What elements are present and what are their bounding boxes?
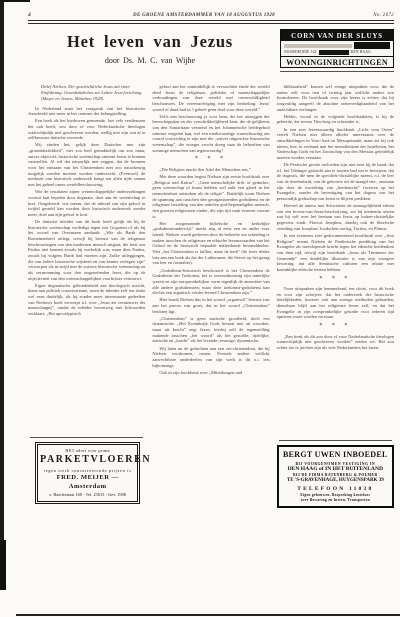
text-column-1: Ditlef Nielsen. Der geschichtliche Jesus… — [28, 84, 145, 508]
text-column-2: geloof aan het onmiddellijk te verwachte… — [152, 84, 269, 508]
paragraph: geloof aan het onmiddellijk te verwachte… — [152, 84, 269, 112]
scan-edge-top — [0, 0, 30, 2]
ad-parket-contact: v. Baerlestraat 160 - Tel. 25615 - Gev. … — [40, 492, 135, 498]
ad-parket-headline: PARKETVLOEREN — [40, 454, 135, 467]
scan-edge-bottom — [16, 614, 400, 617]
paragraph: Wij vinden het, gelijk deze Duitscher me… — [28, 142, 145, 187]
page-header: 4 DE GROENE AMSTERDAMMER VAN 18 AUGUSTUS… — [28, 12, 394, 18]
section-separator: * * * — [277, 276, 394, 284]
text-column-3: blikbaarheid” komen wel eenige uitsprake… — [277, 84, 394, 508]
paragraph: Twee uitspraken zijn kenmerkend, ten slo… — [277, 286, 394, 320]
ad-parket-line: tegen sterk concurreerende prijzen is — [40, 468, 135, 473]
illegible-text-bar — [284, 44, 352, 48]
paragraph: Zelfs een beschouwing ja voor hem, die h… — [152, 114, 269, 154]
article-title: Het leven van Jezus — [28, 32, 272, 52]
paragraph: De duitsche inleider van dit boek heeft … — [28, 219, 145, 281]
paragraph: In een eveneens zeer gedocumenteerd hoof… — [277, 233, 394, 273]
article-title-block: Het leven van Jezus door Ds. M. C. van W… — [28, 29, 272, 77]
paragraph: „Christendom” is geen statische groothei… — [152, 316, 269, 344]
ad-bergt-address: TE 'S-GRAVENHAGE, HUYGENSPARK 39 — [281, 478, 390, 484]
section-separator: * * * — [277, 323, 394, 331]
ad-parket-line: HET adres voor prima — [40, 448, 135, 453]
paragraph: Ook in zijn hoofdstuk over „Mitteilungen… — [152, 370, 269, 376]
paragraph: Eigen dogmatische gebondenheid aan theol… — [28, 283, 145, 317]
ad-parketvloeren: HET adres voor prima PARKETVLOEREN tegen… — [35, 442, 140, 504]
ad-van-der-sluys: CORN VAN DER SLUYS NOORDEINDE 162 DEN HA… — [280, 29, 394, 68]
section-separator: * * * — [152, 156, 269, 164]
page-content: 4 DE GROENE AMSTERDAMMER VAN 18 AUGUSTUS… — [28, 12, 394, 508]
ad-bergt-line: DEN HAAG of IN HET BUITENLAND — [281, 466, 390, 473]
top-right-ad-column: CORN VAN DER SLUYS NOORDEINDE 162 DEN HA… — [280, 29, 394, 77]
article-byline: door Ds. M. C. van Wijhe — [28, 56, 272, 65]
ad-sluys-city: DEN HAAG — [351, 50, 371, 54]
column-2-text: geloof aan het onmiddellijk te verwachte… — [152, 84, 269, 377]
article-columns: Ditlef Nielsen. Der geschichtliche Jesus… — [28, 84, 394, 508]
paragraph: Met deze woorden begint Nielsen zijn eer… — [152, 174, 269, 219]
column-1-bottom: HET adres voor prima PARKETVLOEREN tegen… — [28, 433, 145, 508]
ad-under-divider — [280, 71, 394, 72]
scan-edge-blob — [0, 540, 6, 590]
issue-number: No. 2672 — [354, 13, 394, 18]
page-number: 4 — [28, 12, 54, 18]
paragraph: Hoewel de auteur met Schweitzer de onmog… — [277, 203, 394, 231]
ad-bergt-uwen-inboedel: BERGT UWEN INBOEDEL BIJ VOORGENOMEN VEST… — [277, 445, 394, 508]
column-divider-rule — [279, 440, 392, 441]
column-1-text: Ditlef Nielsen. Der geschichtliche Jesus… — [28, 84, 145, 318]
column-divider-rule — [30, 437, 143, 438]
ad-parket-company: FRED. MEIJER — Amsterdam — [40, 474, 135, 491]
paragraph: Wie de resultaten zijner wetenschappelij… — [28, 189, 145, 217]
ad-bergt-phone: TELEFOON 11038 — [281, 486, 390, 493]
ad-sluys-name: CORN VAN DER SLUYS — [281, 30, 393, 41]
black-block — [354, 42, 390, 49]
black-block — [319, 50, 349, 55]
paragraph: In een zeer lezenswaardig hoofdstuk „Lic… — [277, 127, 394, 161]
paragraph: „Godsdienst-historisch beschouwd is het … — [152, 268, 269, 296]
paragraph: „Die Religion macht den Adel des Mensche… — [152, 167, 269, 173]
ad-sluys-business: WONINGINRICHTINGEN — [281, 56, 393, 68]
ad-bergt-line: over Bewaring en Intern. Transporten — [281, 498, 390, 503]
paragraph: Hier houdt Nielsen dus in het woord „org… — [152, 297, 269, 314]
masthead-dateline: DE GROENE AMSTERDAMMER VAN 18 AUGUSTUS 1… — [54, 13, 354, 18]
paragraph: Wij laten nu de gedachten aan een oer-ch… — [152, 346, 269, 369]
scan-edge-left — [0, 0, 4, 588]
paragraph: Een boek als het hierboven genoemde, hoe… — [28, 118, 145, 141]
ad-bergt-headline: BERGT UWEN INBOEDEL — [281, 450, 390, 460]
paragraph: Het zoogenaamde bijbelsche en kerkelijke… — [152, 221, 269, 266]
header-divider — [28, 20, 394, 24]
newspaper-page-scan: 4 DE GROENE AMSTERDAMMER VAN 18 AUGUSTUS… — [0, 0, 400, 617]
paragraph: De Perzische groote invloeden zijn niet … — [277, 162, 394, 202]
paragraph: Helder, vooral in de volgende hoofdstukk… — [277, 114, 394, 125]
ad-sluys-address: NOORDEINDE 162 — [284, 50, 317, 54]
paragraph: In Nederland staat het vraagstuk van het… — [28, 106, 145, 117]
paragraph: „Een boek als dit zou door of voor Neder… — [277, 334, 394, 351]
paragraph: blikbaarheid” komen wel eenige uitsprake… — [277, 84, 394, 112]
title-row: Het leven van Jezus door Ds. M. C. van W… — [28, 29, 394, 77]
column-3-text: blikbaarheid” komen wel eenige uitsprake… — [277, 84, 394, 352]
column-3-bottom: BERGT UWEN INBOEDEL BIJ VOORGENOMEN VEST… — [277, 436, 394, 508]
ad-sluys-decor-row — [281, 41, 393, 50]
book-reference: Ditlef Nielsen. Der geschichtliche Jesus… — [41, 84, 142, 102]
